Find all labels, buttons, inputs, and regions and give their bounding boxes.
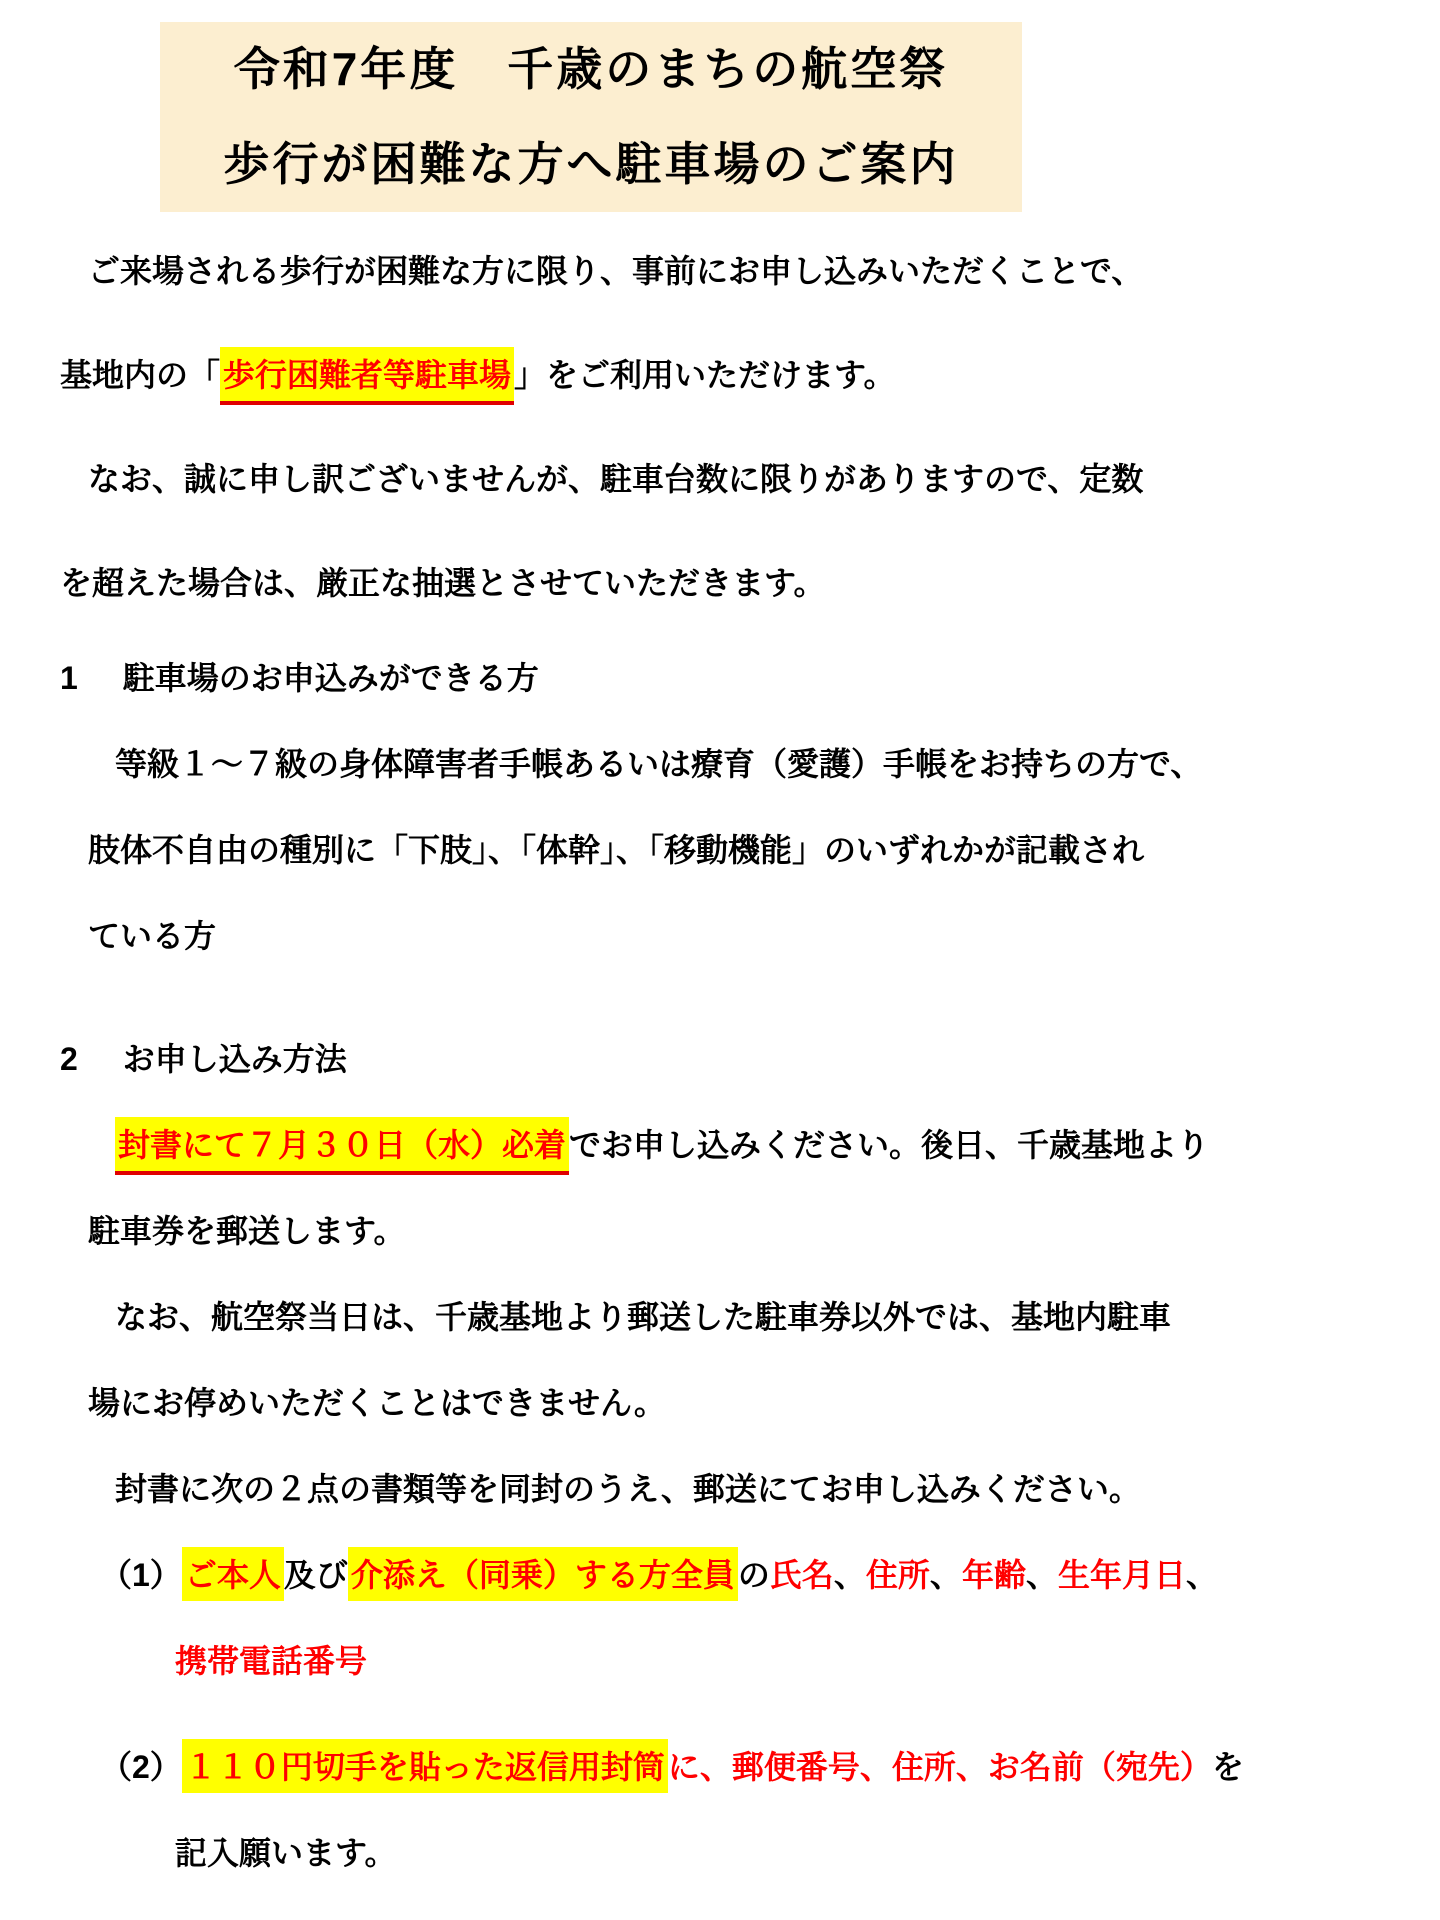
intro-paragraph2-line2: を超えた場合は、厳正な抽選とさせていただきます。 [60, 531, 1400, 635]
item-1-sep-1: 、 [834, 1557, 866, 1593]
section-1-line-3: ている方 [60, 893, 1400, 979]
section-1-number: 1 [60, 635, 78, 721]
section-2-paragraph2-line2: 場にお停めいただくことはできません。 [60, 1360, 1400, 1446]
item-1-red-address: 住所 [866, 1557, 930, 1593]
item-1-highlight-companions: 介添え（同乗）する方全員 [348, 1547, 738, 1601]
item-1-red-name: 氏名 [770, 1557, 834, 1593]
intro-paragraph2-line1: なお、誠に申し訳ございませんが、駐車台数に限りがありますので、定数 [60, 427, 1400, 531]
item-2-red-details: に、郵便番号、住所、お名前（宛先） [668, 1749, 1212, 1785]
item-1-red-birthdate: 生年月日 [1058, 1557, 1186, 1593]
title-line-2: 歩行が困難な方へ駐車場のご案内 [160, 117, 1022, 212]
section-2-number: 2 [60, 1016, 78, 1102]
item-2-tail: を [1212, 1749, 1244, 1785]
deadline-highlight: 封書にて７月３０日（水）必着 [115, 1117, 569, 1175]
item-1-line-2-phone: 携帯電話番号 [60, 1618, 1400, 1704]
section-2-paragraph2-line1: なお、航空祭当日は、千歳基地より郵送した駐車券以外では、基地内駐車 [60, 1274, 1400, 1360]
item-1-sep-2: 、 [930, 1557, 962, 1593]
title-line-1: 令和7年度 千歳のまちの航空祭 [160, 22, 1022, 117]
intro-line2-post: 」をご利用いただけます。 [514, 357, 895, 393]
section-2-paragraph1-line1: 封書にて７月３０日（水）必着でお申し込みください。後日、千歳基地より [60, 1102, 1400, 1188]
item-1-red-age: 年齢 [962, 1557, 1026, 1593]
section-2-title: お申し込み方法 [123, 1041, 347, 1077]
section-1-line-2: 肢体不自由の種別に「下肢」、「体幹」、「移動機能」のいずれかが記載され [60, 807, 1400, 893]
section-2-paragraph1-line2: 駐車券を郵送します。 [60, 1188, 1400, 1274]
section-1-heading: 1駐車場のお申込みができる方 [60, 635, 1400, 721]
deadline-rest: でお申し込みください。後日、千歳基地より [569, 1127, 1209, 1163]
item-2-line-1: （2）１１０円切手を貼った返信用封筒に、郵便番号、住所、お名前（宛先）を [60, 1724, 1400, 1810]
item-2-highlight-envelope: １１０円切手を貼った返信用封筒 [182, 1739, 668, 1793]
item-1-sep-3: 、 [1026, 1557, 1058, 1593]
item-1-mid-2: の [738, 1557, 770, 1593]
section-1-title: 駐車場のお申込みができる方 [123, 660, 539, 696]
section-2-paragraph3: 封書に次の２点の書類等を同封のうえ、郵送にてお申し込みください。 [60, 1446, 1400, 1532]
intro-paragraph1-line2: 基地内の「歩行困難者等駐車場」をご利用いただけます。 [60, 323, 1400, 427]
intro-line2-pre: 基地内の「 [60, 357, 220, 393]
item-2-line-2: 記入願います。 [60, 1810, 1400, 1896]
section-1-line-1: 等級１～７級の身体障害者手帳あるいは療育（愛護）手帳をお持ちの方で、 [60, 721, 1400, 807]
title-banner: 令和7年度 千歳のまちの航空祭 歩行が困難な方へ駐車場のご案内 [160, 22, 1022, 212]
item-1-number: （1） [100, 1557, 182, 1593]
parking-name-highlight: 歩行困難者等駐車場 [220, 347, 514, 405]
section-2-heading: 2お申し込み方法 [60, 1016, 1400, 1102]
item-1-sep-4: 、 [1186, 1557, 1218, 1593]
item-1-line-1: （1）ご本人及び介添え（同乗）する方全員の氏名、住所、年齢、生年月日、 [60, 1532, 1400, 1618]
item-1-highlight-applicant: ご本人 [182, 1547, 284, 1601]
document-page: 令和7年度 千歳のまちの航空祭 歩行が困難な方へ駐車場のご案内 ご来場される歩行… [0, 0, 1440, 1920]
document-body: ご来場される歩行が困難な方に限り、事前にお申し込みいただくことで、 基地内の「歩… [60, 219, 1400, 1896]
intro-paragraph1-line1: ご来場される歩行が困難な方に限り、事前にお申し込みいただくことで、 [60, 219, 1400, 323]
item-2-number: （2） [100, 1749, 182, 1785]
item-1-mid-1: 及び [284, 1557, 348, 1593]
